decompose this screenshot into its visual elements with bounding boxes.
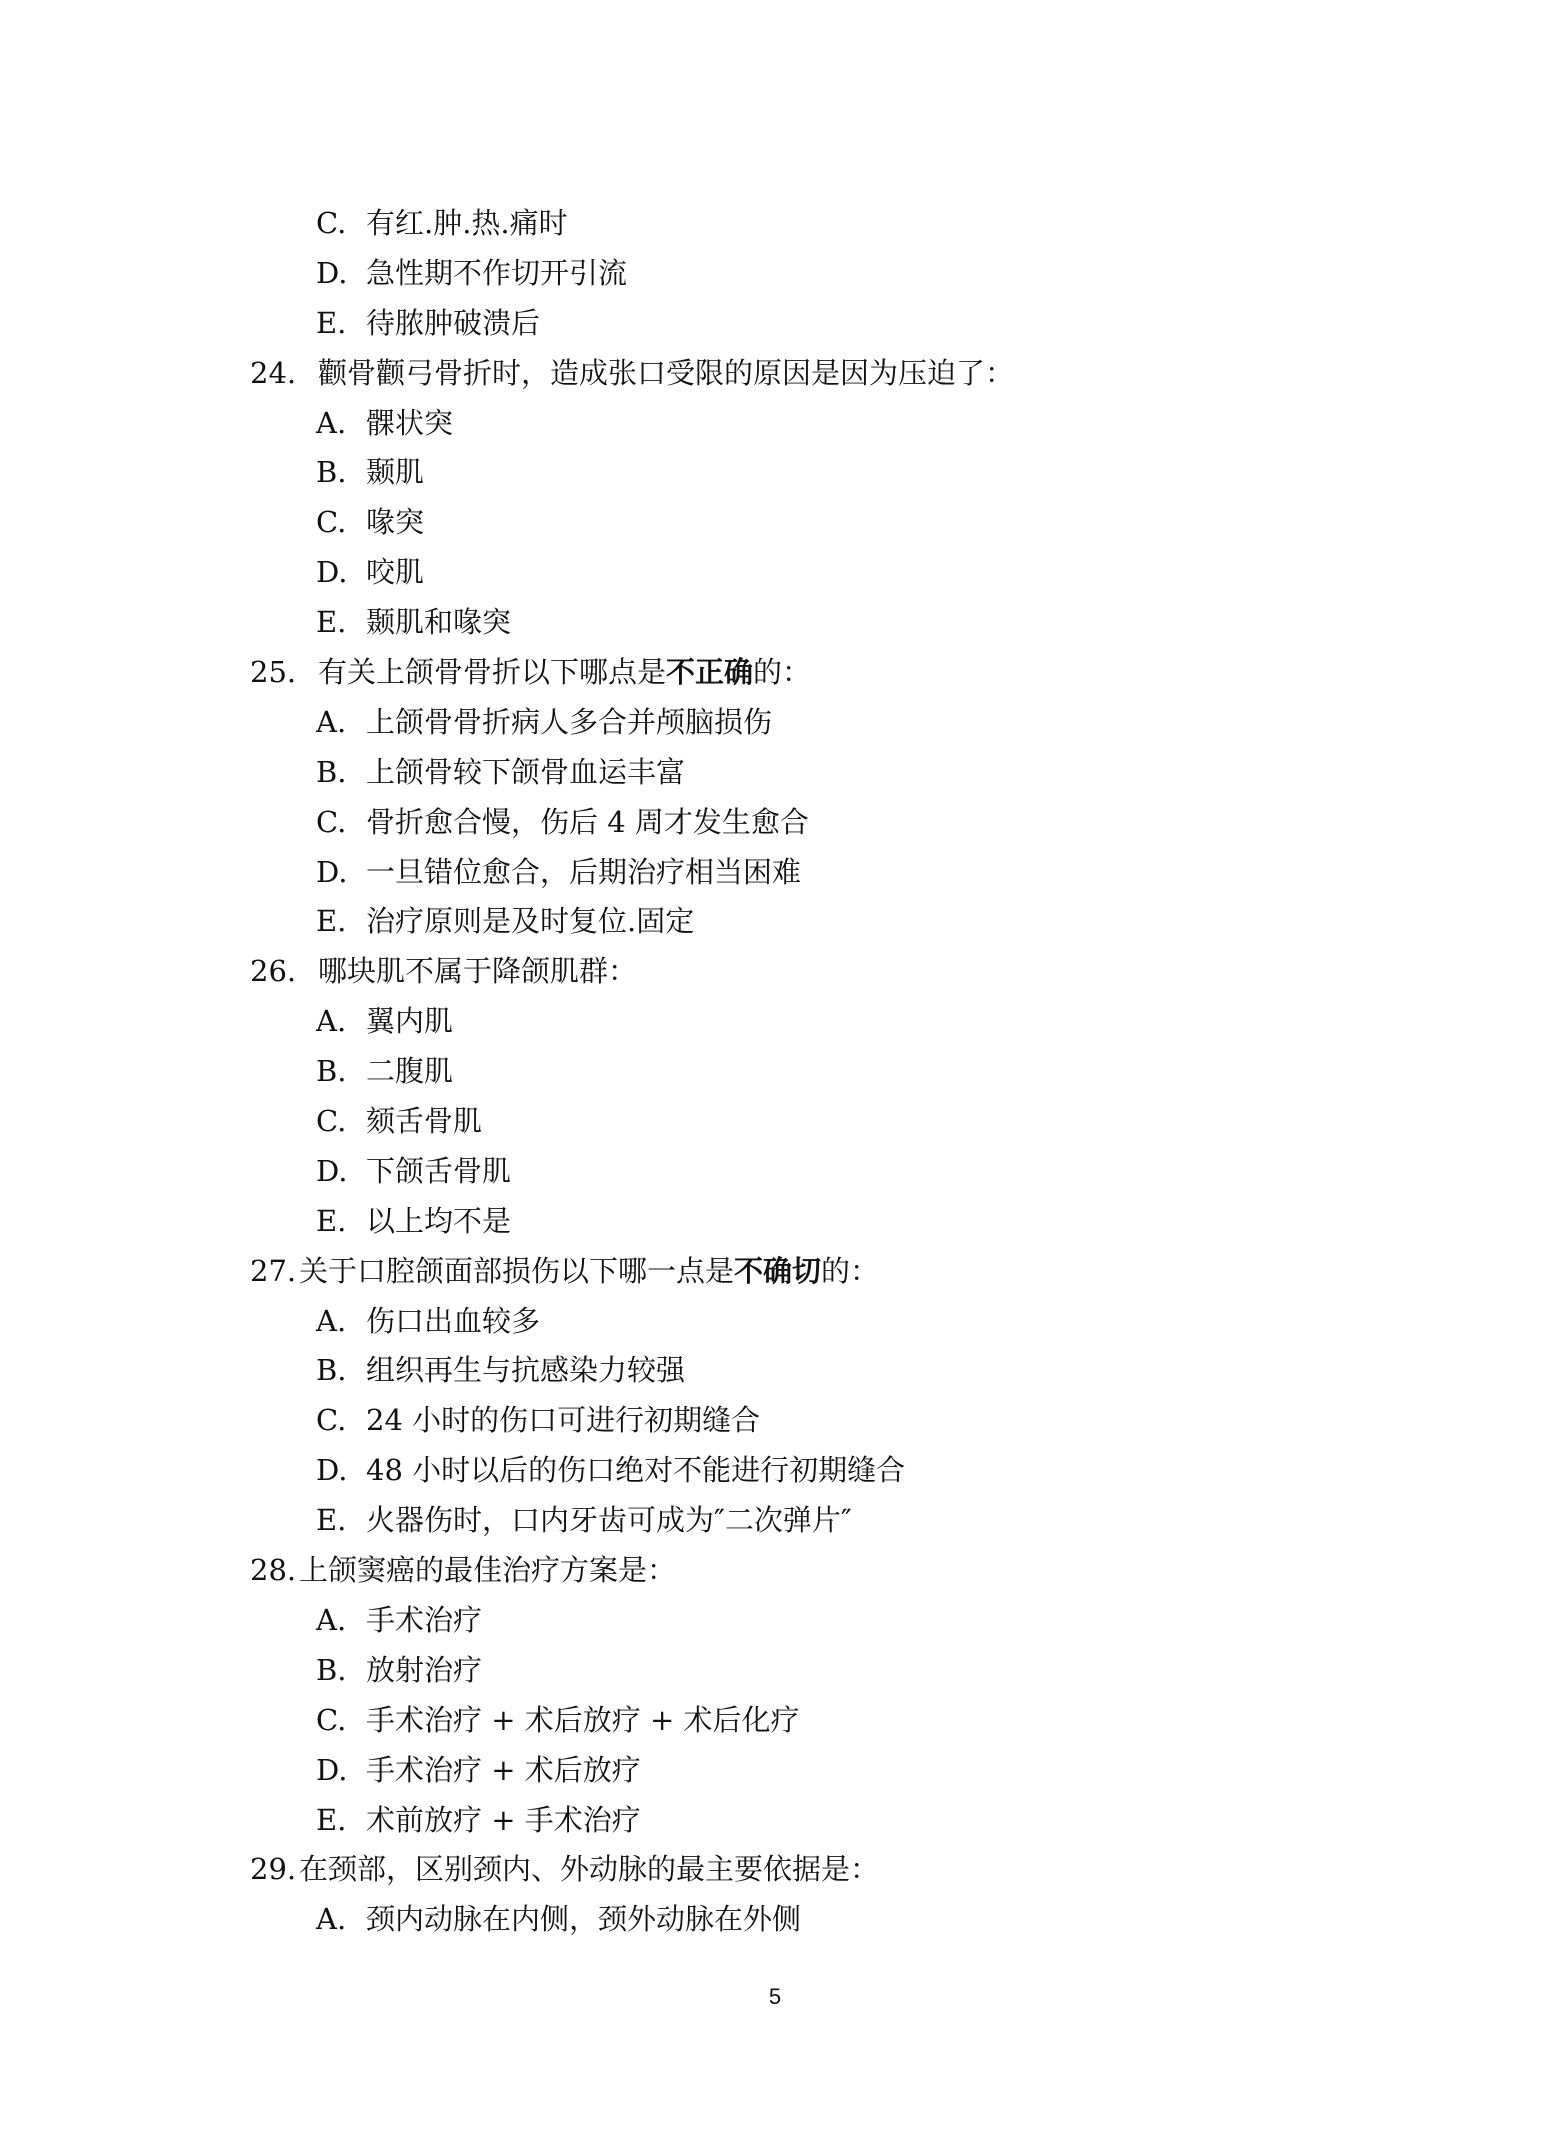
option-text: 上颌骨骨折病人多合并颅脑损伤 bbox=[366, 698, 772, 748]
option-line: B.放射治疗 bbox=[0, 1646, 1550, 1696]
option-letter: C. bbox=[316, 1696, 346, 1746]
option-text: 喙突 bbox=[366, 498, 424, 548]
option-letter: A. bbox=[316, 1596, 346, 1646]
option-letter: D. bbox=[316, 548, 347, 598]
option-text: 手术治疗 bbox=[366, 1596, 482, 1646]
option-text: 颞肌和喙突 bbox=[366, 598, 511, 648]
option-letter: A. bbox=[316, 1297, 346, 1347]
option-letter: C. bbox=[316, 1396, 346, 1446]
question-text-part: 有关上颌骨骨折以下哪点是 bbox=[318, 655, 666, 689]
option-line: D.咬肌 bbox=[0, 548, 1550, 598]
question-line: 24. 颧骨颧弓骨折时，造成张口受限的原因是因为压迫了： bbox=[0, 349, 1550, 399]
option-text: 咬肌 bbox=[366, 548, 424, 598]
question-text: 颧骨颧弓骨折时，造成张口受限的原因是因为压迫了： bbox=[318, 349, 1014, 399]
option-line: D.一旦错位愈合，后期治疗相当困难 bbox=[0, 848, 1550, 898]
question-text-part: 上颌窦癌的最佳治疗方案是： bbox=[299, 1553, 676, 1587]
option-letter: C. bbox=[316, 498, 346, 548]
option-line: A.手术治疗 bbox=[0, 1596, 1550, 1646]
option-text: 下颌舌骨肌 bbox=[366, 1147, 511, 1197]
option-letter: E. bbox=[316, 299, 346, 349]
option-letter: E. bbox=[316, 598, 346, 648]
option-text: 手术治疗 + 术后放疗 bbox=[366, 1746, 641, 1796]
option-line: B.组织再生与抗感染力较强 bbox=[0, 1346, 1550, 1396]
option-letter: D. bbox=[316, 249, 347, 299]
question-line: 28. 上颌窦癌的最佳治疗方案是： bbox=[0, 1546, 1550, 1596]
option-line: A.翼内肌 bbox=[0, 997, 1550, 1047]
question-number: 24. bbox=[250, 349, 296, 399]
option-letter: C. bbox=[316, 798, 346, 848]
option-line: C.骨折愈合慢，伤后 4 周才发生愈合 bbox=[0, 798, 1550, 848]
option-text: 急性期不作切开引流 bbox=[366, 249, 627, 299]
question-text-part: 关于口腔颌面部损伤以下哪一点是 bbox=[299, 1254, 734, 1288]
option-line: C.24 小时的伤口可进行初期缝合 bbox=[0, 1396, 1550, 1446]
question-number: 25. bbox=[250, 648, 296, 698]
option-text: 上颌骨较下颌骨血运丰富 bbox=[366, 748, 685, 798]
question-line: 26. 哪块肌不属于降颌肌群： bbox=[0, 947, 1550, 997]
question-number: 27. bbox=[250, 1247, 296, 1297]
option-text: 24 小时的伤口可进行初期缝合 bbox=[366, 1396, 760, 1446]
option-line: B.二腹肌 bbox=[0, 1047, 1550, 1097]
page-number: 5 bbox=[0, 1984, 1550, 2010]
emphasis-text: 不正确 bbox=[666, 655, 753, 689]
question-text-part: 颧骨颧弓骨折时，造成张口受限的原因是因为压迫了： bbox=[318, 356, 1014, 390]
option-letter: D. bbox=[316, 1147, 347, 1197]
question-number: 29. bbox=[250, 1845, 296, 1895]
option-line: E.以上均不是 bbox=[0, 1197, 1550, 1247]
option-text: 以上均不是 bbox=[366, 1197, 511, 1247]
option-line: D.下颌舌骨肌 bbox=[0, 1147, 1550, 1197]
option-text: 放射治疗 bbox=[366, 1646, 482, 1696]
question-line: 29. 在颈部，区别颈内、外动脉的最主要依据是： bbox=[0, 1845, 1550, 1895]
question-text: 上颌窦癌的最佳治疗方案是： bbox=[299, 1546, 676, 1596]
option-letter: A. bbox=[316, 399, 346, 449]
option-line: C.手术治疗 + 术后放疗 + 术后化疗 bbox=[0, 1696, 1550, 1746]
emphasis-text: 不确切 bbox=[734, 1254, 821, 1288]
option-line: C. 有红.肿.热.痛时 bbox=[0, 199, 1550, 249]
option-line: B.上颌骨较下颌骨血运丰富 bbox=[0, 748, 1550, 798]
option-line: C.颏舌骨肌 bbox=[0, 1097, 1550, 1147]
option-letter: E. bbox=[316, 1796, 346, 1846]
question-number: 26. bbox=[250, 947, 296, 997]
option-text: 翼内肌 bbox=[366, 997, 453, 1047]
option-text: 手术治疗 + 术后放疗 + 术后化疗 bbox=[366, 1696, 799, 1746]
option-line: D. 急性期不作切开引流 bbox=[0, 249, 1550, 299]
option-letter: E. bbox=[316, 897, 346, 947]
option-letter: A. bbox=[316, 997, 346, 1047]
option-letter: D. bbox=[316, 1746, 347, 1796]
option-letter: A. bbox=[316, 1895, 346, 1945]
option-text: 颞肌 bbox=[366, 448, 424, 498]
option-text: 治疗原则是及时复位.固定 bbox=[366, 897, 694, 947]
option-letter: B. bbox=[316, 748, 347, 798]
option-line: C.喙突 bbox=[0, 498, 1550, 548]
option-line: E.火器伤时，口内牙齿可成为″二次弹片″ bbox=[0, 1496, 1550, 1546]
question-text-part: 在颈部，区别颈内、外动脉的最主要依据是： bbox=[299, 1852, 879, 1886]
option-text: 火器伤时，口内牙齿可成为″二次弹片″ bbox=[366, 1496, 852, 1546]
option-text: 组织再生与抗感染力较强 bbox=[366, 1346, 685, 1396]
question-line: 27. 关于口腔颌面部损伤以下哪一点是不确切的： bbox=[0, 1247, 1550, 1297]
option-line: E.颞肌和喙突 bbox=[0, 598, 1550, 648]
question-text: 关于口腔颌面部损伤以下哪一点是不确切的： bbox=[299, 1247, 879, 1297]
option-line: E.术前放疗 + 手术治疗 bbox=[0, 1796, 1550, 1846]
option-line: A.伤口出血较多 bbox=[0, 1297, 1550, 1347]
question-text: 在颈部，区别颈内、外动脉的最主要依据是： bbox=[299, 1845, 879, 1895]
option-line: A.上颌骨骨折病人多合并颅脑损伤 bbox=[0, 698, 1550, 748]
question-text: 哪块肌不属于降颌肌群： bbox=[318, 947, 637, 997]
question-text-part: 哪块肌不属于降颌肌群： bbox=[318, 954, 637, 988]
option-line: B.颞肌 bbox=[0, 448, 1550, 498]
option-line: A.颈内动脉在内侧，颈外动脉在外侧 bbox=[0, 1895, 1550, 1945]
question-text-part: 的： bbox=[821, 1254, 879, 1288]
option-letter: C. bbox=[316, 1097, 346, 1147]
option-text: 待脓肿破溃后 bbox=[366, 299, 540, 349]
option-text: 有红.肿.热.痛时 bbox=[366, 199, 568, 249]
option-letter: A. bbox=[316, 698, 346, 748]
exam-page-body: C. 有红.肿.热.痛时 D. 急性期不作切开引流 E. 待脓肿破溃后 24. … bbox=[0, 199, 1550, 1945]
option-letter: B. bbox=[316, 1646, 347, 1696]
option-letter: B. bbox=[316, 448, 347, 498]
option-text: 一旦错位愈合，后期治疗相当困难 bbox=[366, 848, 801, 898]
option-letter: D. bbox=[316, 1446, 347, 1496]
option-letter: B. bbox=[316, 1047, 347, 1097]
option-text: 髁状突 bbox=[366, 399, 453, 449]
option-letter: D. bbox=[316, 848, 347, 898]
option-text: 术前放疗 + 手术治疗 bbox=[366, 1796, 641, 1846]
question-text-part: 的： bbox=[753, 655, 811, 689]
question-number: 28. bbox=[250, 1546, 296, 1596]
question-line: 25. 有关上颌骨骨折以下哪点是不正确的： bbox=[0, 648, 1550, 698]
option-line: E. 待脓肿破溃后 bbox=[0, 299, 1550, 349]
option-letter: E. bbox=[316, 1197, 346, 1247]
option-text: 颈内动脉在内侧，颈外动脉在外侧 bbox=[366, 1895, 801, 1945]
option-text: 颏舌骨肌 bbox=[366, 1097, 482, 1147]
option-line: D.手术治疗 + 术后放疗 bbox=[0, 1746, 1550, 1796]
option-letter: C. bbox=[316, 199, 346, 249]
option-text: 骨折愈合慢，伤后 4 周才发生愈合 bbox=[366, 798, 809, 848]
question-text: 有关上颌骨骨折以下哪点是不正确的： bbox=[318, 648, 811, 698]
option-text: 伤口出血较多 bbox=[366, 1297, 540, 1347]
option-text: 二腹肌 bbox=[366, 1047, 453, 1097]
option-line: D.48 小时以后的伤口绝对不能进行初期缝合 bbox=[0, 1446, 1550, 1496]
option-letter: E. bbox=[316, 1496, 346, 1546]
option-line: A.髁状突 bbox=[0, 399, 1550, 449]
option-letter: B. bbox=[316, 1346, 347, 1396]
option-text: 48 小时以后的伤口绝对不能进行初期缝合 bbox=[366, 1446, 905, 1496]
option-line: E.治疗原则是及时复位.固定 bbox=[0, 897, 1550, 947]
